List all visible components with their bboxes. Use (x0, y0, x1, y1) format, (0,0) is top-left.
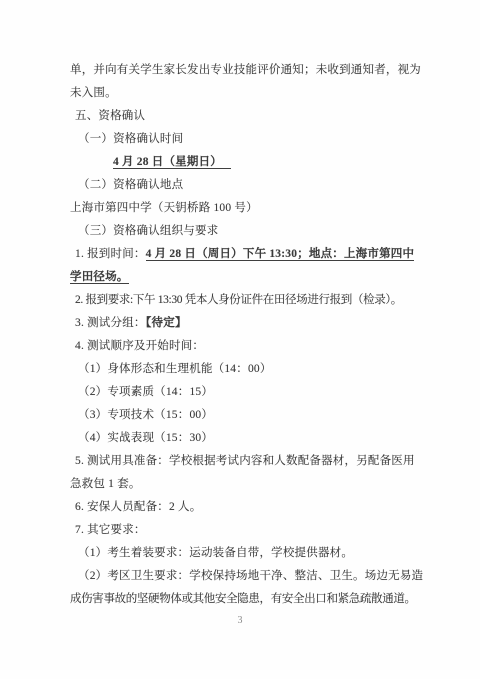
page-number: 3 (0, 611, 480, 631)
sub-heading-2-confirm-place: （二）资格确认地点 (70, 174, 430, 197)
item-4-sub-1: （1）身体形态和生理机能（14：00） (70, 358, 430, 381)
item-3-label: 3. 测试分组： (75, 317, 146, 329)
item-1-label: 1. 报到时间： (75, 248, 146, 260)
item-3-grouping-line: 3. 测试分组：【待定】 (70, 312, 430, 335)
item-7-sub-1-dress-code: （1）考生着装要求：运动装备自带，学校提供器材。 (70, 542, 430, 565)
document-page: 单，并向有关学生家长发出专业技能评价通知；未收到通知者，视为 未入围。 五、资格… (0, 0, 480, 679)
item-6-security-staff: 6. 安保人员配备：2 人。 (70, 496, 430, 519)
item-5-equipment-line-2: 急救包 1 套。 (70, 473, 430, 496)
confirm-date-line: 4 月 28 日（星期日） (70, 151, 430, 174)
item-1-continuation-line: 学田径场。 (70, 266, 430, 289)
item-4-order-heading: 4. 测试顺序及开始时间： (70, 335, 430, 358)
item-7-other-requirements-heading: 7. 其它要求： (70, 519, 430, 542)
item-1-checkin-time-line: 1. 报到时间：4 月 28 日（周日）下午 13:30；地点：上海市第四中 (70, 243, 430, 266)
item-3-tbd-text: 【待定】 (146, 317, 187, 329)
document-body: 单，并向有关学生家长发出专业技能评价通知；未收到通知者，视为 未入围。 五、资格… (70, 59, 430, 611)
item-4-sub-2: （2）专项素质（14：15） (70, 381, 430, 404)
item-1-continuation-text: 学田径场。 (70, 271, 129, 284)
confirm-location-line: 上海市第四中学（天钥桥路 100 号） (70, 197, 430, 220)
intro-paragraph-line-1: 单，并向有关学生家长发出专业技能评价通知；未收到通知者，视为 (70, 59, 430, 82)
item-4-sub-4: （4）实战表现（15：30） (70, 427, 430, 450)
item-5-equipment-line-1: 5. 测试用具准备：学校根据考试内容和人数配备器材，另配备医用 (70, 450, 430, 473)
item-4-sub-3: （3）专项技术（15：00） (70, 404, 430, 427)
item-1-checkin-detail: 4 月 28 日（周日）下午 13:30；地点：上海市第四中 (146, 248, 415, 261)
section-5-heading: 五、资格确认 (70, 105, 430, 128)
sub-heading-1-confirm-time: （一）资格确认时间 (70, 128, 430, 151)
item-7-sub-2-hygiene-line-2: 成伤害事故的坚硬物体或其他安全隐患，有安全出口和紧急疏散通道。 (70, 588, 430, 611)
sub-heading-3-organization: （三）资格确认组织与要求 (70, 220, 430, 243)
item-7-sub-2-hygiene-line-1: （2）考区卫生要求：学校保持场地干净、整洁、卫生。场边无易造 (70, 565, 430, 588)
confirm-date-text: 4 月 28 日（星期日） (113, 156, 231, 169)
item-2-checkin-requirement: 2. 报到要求:下午 13:30 凭本人身份证件在田径场进行报到（检录）。 (70, 289, 430, 312)
intro-paragraph-line-2: 未入围。 (70, 82, 430, 105)
